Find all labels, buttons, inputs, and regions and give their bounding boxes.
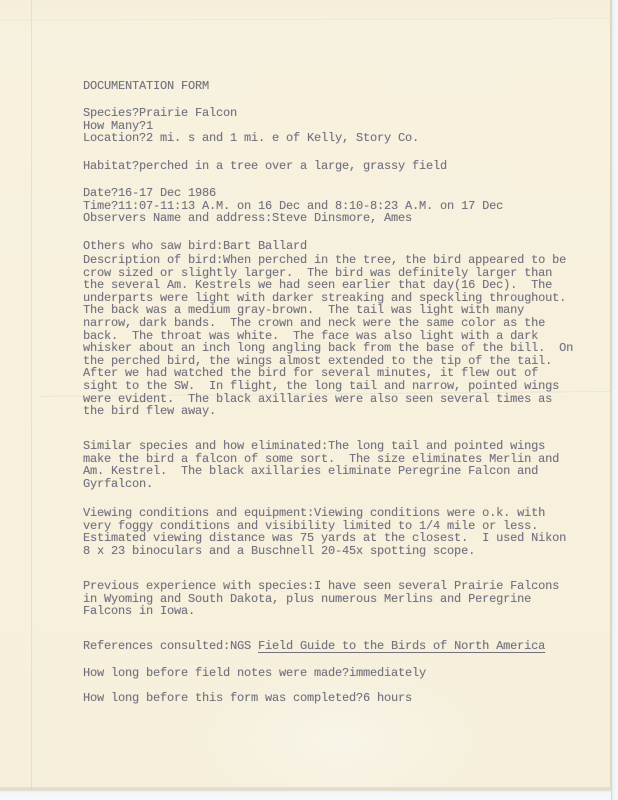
document-page: DOCUMENTATION FORM Species?Prairie Falco… xyxy=(0,0,611,789)
field-habitat: Habitat?perched in a tree over a large, … xyxy=(83,160,447,173)
scan-background-right-edge xyxy=(611,0,618,800)
paper-fold-vertical xyxy=(31,0,33,789)
scan-background-bottom-edge xyxy=(0,789,611,800)
field-viewing-conditions: Viewing conditions and equipment:Viewing… xyxy=(83,507,566,557)
paper-crease-top xyxy=(0,18,611,22)
field-form-completed-delay: How long before this form was completed?… xyxy=(83,692,412,705)
field-species-block: Species?Prairie Falcon How Many?1 Locati… xyxy=(83,107,419,145)
references-book-title: Field Guide to the Birds of North Americ… xyxy=(258,639,545,653)
field-references: References consulted:NGS Field Guide to … xyxy=(83,640,545,653)
form-title: DOCUMENTATION FORM xyxy=(83,80,209,93)
scanned-document-screenshot: { "document": { "title": "DOCUMENTATION … xyxy=(0,0,618,800)
references-label: References consulted:NGS xyxy=(83,639,258,653)
field-similar-species: Similar species and how eliminated:The l… xyxy=(83,440,559,490)
field-field-notes-delay: How long before field notes were made?im… xyxy=(83,667,426,680)
field-date-time-observer: Date?16-17 Dec 1986 Time?11:07-11:13 A.M… xyxy=(83,187,503,225)
field-others-who-saw: Others who saw bird:Bart Ballard xyxy=(83,240,307,253)
field-previous-experience: Previous experience with species:I have … xyxy=(83,580,559,618)
field-description: Description of bird:When perched in the … xyxy=(83,254,573,418)
